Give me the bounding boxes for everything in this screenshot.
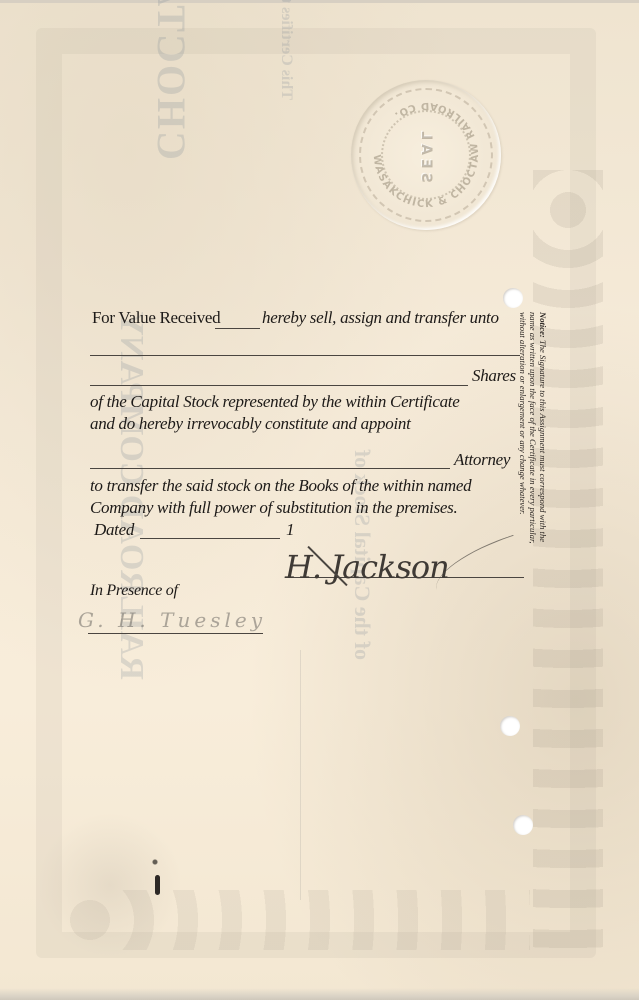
paper-edge-bottom bbox=[0, 988, 639, 1000]
embossed-seal: WASAKCHICK & CHOCTAW RAILROAD CO. SEAL bbox=[351, 80, 501, 230]
form-line-3: Shares bbox=[90, 366, 525, 390]
punch-hole bbox=[500, 716, 520, 736]
dated-value: 1 bbox=[286, 520, 294, 540]
capital-stock-clause: of the Capital Stock represented by the … bbox=[90, 392, 459, 412]
notice-line-3: without alteration or enlargement or any… bbox=[518, 312, 528, 612]
shares-blank bbox=[90, 385, 468, 386]
bleed-through-rule bbox=[300, 650, 301, 900]
ink-blot bbox=[155, 875, 160, 895]
seal-center-text: SEAL bbox=[418, 127, 434, 182]
form-line-4: of the Capital Stock represented by the … bbox=[90, 392, 525, 416]
notice-line-2: name as written upon the face of the Cer… bbox=[528, 312, 538, 612]
consideration-blank bbox=[215, 328, 260, 329]
witness-signature-line bbox=[88, 633, 263, 634]
signature-notice: Notice: The Signature to this Assignment… bbox=[518, 312, 548, 612]
appoint-clause: and do hereby irrevocably constitute and… bbox=[90, 414, 411, 434]
attorney-blank bbox=[90, 468, 450, 469]
dated-label: Dated bbox=[94, 520, 134, 540]
form-line-6: Attorney bbox=[90, 450, 525, 474]
notice-heading: Notice: bbox=[538, 312, 548, 338]
transfer-books-clause: to transfer the said stock on the Books … bbox=[90, 476, 471, 496]
notice-line-1: The Signature to this Assignment must co… bbox=[538, 340, 548, 542]
form-line-1: For Value Received hereby sell, assign a… bbox=[90, 308, 525, 332]
assignor-signature: H. Jackson bbox=[285, 548, 449, 586]
punch-hole bbox=[513, 815, 533, 835]
in-presence-of-label: In Presence of bbox=[90, 582, 178, 600]
ink-speck bbox=[150, 855, 160, 869]
dated-row: Dated 1 bbox=[90, 520, 525, 544]
witness-signature: G. H. Tuesley bbox=[78, 608, 266, 632]
for-value-received-label: For Value Received bbox=[92, 308, 220, 328]
substitution-clause: Company with full power of substitution … bbox=[90, 498, 457, 518]
bleed-through-certifies: This Certifies that bbox=[277, 0, 295, 100]
form-line-5: and do hereby irrevocably constitute and… bbox=[90, 414, 525, 438]
form-line-7: to transfer the said stock on the Books … bbox=[90, 476, 525, 500]
paper-edge-top bbox=[0, 0, 639, 3]
transferee-blank bbox=[90, 355, 520, 356]
bleed-through-company-name: CHOCTAW AND CHICKASAW RAILROAD COMPANY bbox=[148, 0, 195, 160]
punch-hole bbox=[503, 288, 523, 308]
attorney-label: Attorney bbox=[454, 450, 510, 470]
date-blank bbox=[140, 538, 280, 539]
form-line-8: Company with full power of substitution … bbox=[90, 498, 525, 522]
transfer-clause: hereby sell, assign and transfer unto bbox=[262, 308, 499, 328]
shares-label: Shares bbox=[472, 366, 516, 386]
